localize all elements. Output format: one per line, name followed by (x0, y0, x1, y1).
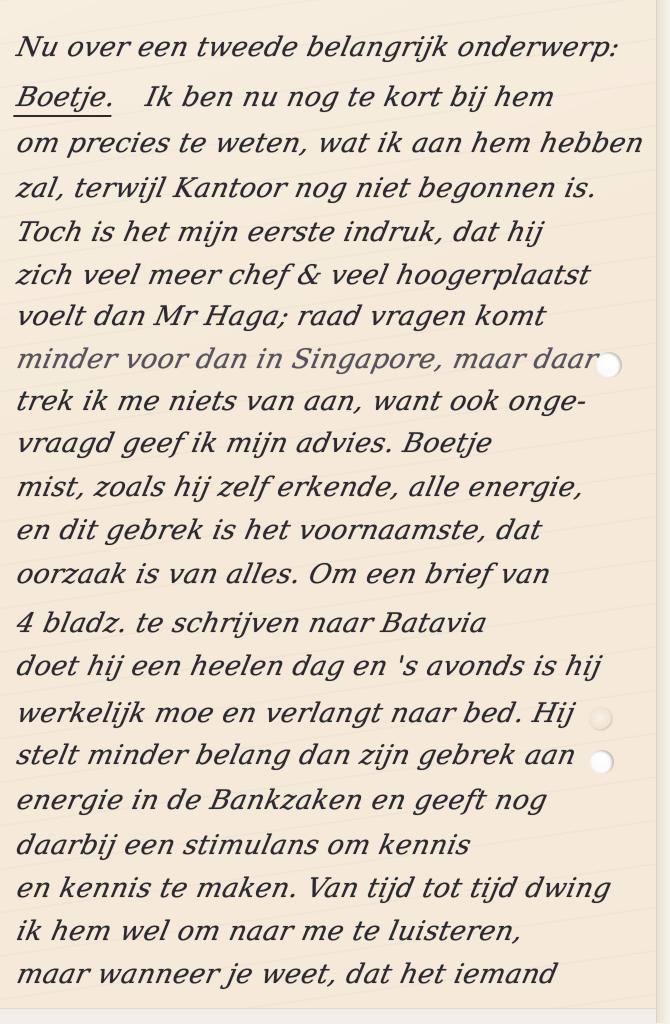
text-line-13: oorzaak is van alles. Om een brief van (14, 559, 554, 590)
text-line-11: mist, zoals hij zelf erkende, alle energ… (14, 472, 587, 503)
text-line-5: Toch is het mijn eerste indruk, dat hij (14, 217, 546, 248)
text-line-9: trek ik me niets van aan, want ook onge- (14, 386, 590, 417)
text-line-3: om precies te weten, wat ik aan hem hebb… (14, 128, 647, 159)
text-line-7: voelt dan Mr Haga; raad vragen komt (14, 301, 549, 332)
punch-hole-top (596, 352, 622, 378)
punch-hole-dent (589, 707, 611, 729)
text-line-10: vraagd geef ik mijn advies. Boetje (14, 428, 496, 459)
text-line-18: energie in de Bankzaken en geeft nog (14, 785, 550, 816)
punch-hole-bottom (590, 750, 614, 774)
text-line-2: Boetje. Ik ben nu nog te kort bij hem (14, 82, 558, 113)
page-edge-bottom (0, 1008, 656, 1023)
text-line-22: maar wanneer je weet, dat het iemand (14, 959, 561, 990)
text-line-14: 4 bladz. te schrijven naar Batavia (14, 608, 490, 639)
text-line-2-rest: Ik ben nu nog te kort bij hem (143, 82, 558, 113)
text-line-20: en kennis te maken. Van tijd tot tijd dw… (14, 873, 614, 904)
page-edge-right (656, 0, 670, 1023)
text-line-17: stelt minder belang dan zijn gebrek aan (14, 740, 579, 771)
text-line-4: zal, terwijl Kantoor nog niet begonnen i… (14, 173, 600, 204)
text-line-15: doet hij een heelen dag en 's avonds is … (14, 651, 605, 682)
text-line-21: ik hem wel om naar me te luisteren, (14, 916, 526, 947)
text-line-6: zich veel meer chef & veel hoogerplaatst (14, 260, 594, 291)
underlined-name-boetje: Boetje. (13, 82, 118, 117)
text-line-8: minder voor dan in Singapore, maar daar (14, 344, 601, 375)
text-line-12: en dit gebrek is het voornaamste, dat (14, 515, 545, 546)
letter-page: Nu over een tweede belangrijk onderwerp:… (0, 0, 656, 1008)
text-line-16: werkelijk moe en verlangt naar bed. Hij (14, 698, 578, 729)
text-line-1: Nu over een tweede belangrijk onderwerp: (14, 32, 623, 63)
text-line-19: daarbij een stimulans om kennis (14, 830, 474, 861)
